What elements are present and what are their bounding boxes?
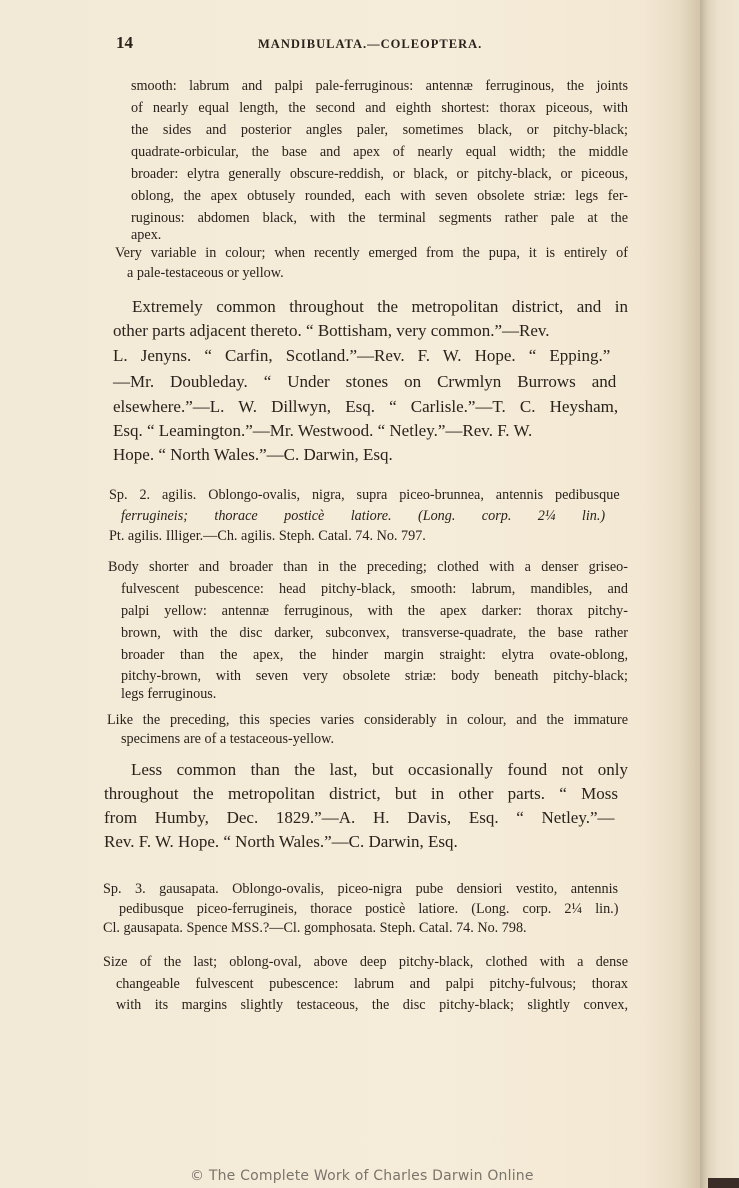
text-line: from Humby, Dec. 1829.”—A. H. Davis, Esq… xyxy=(104,808,615,828)
text-line: a pale-testaceous or yellow. xyxy=(127,265,284,282)
text-line: Hope. “ North Wales.”—C. Darwin, Esq. xyxy=(113,445,393,465)
text-line: Pt. agilis. Illiger.—Ch. agilis. Steph. … xyxy=(109,528,426,545)
text-line: Sp. 2. agilis. Oblongo-ovalis, nigra, su… xyxy=(109,487,620,504)
text-line: elsewhere.”—L. W. Dillwyn, Esq. “ Carlis… xyxy=(113,397,618,417)
text-line: quadrate-orbicular, the base and apex of… xyxy=(131,144,628,161)
text-line: Extremely common throughout the metropol… xyxy=(132,297,628,317)
text-line: palpi yellow: antennæ ferruginous, with … xyxy=(121,603,628,620)
text-line: fulvescent pubescence: head pitchy-black… xyxy=(121,581,628,598)
text-line: ruginous: abdomen black, with the termin… xyxy=(131,210,628,227)
text-line: changeable fulvescent pubescence: labrum… xyxy=(116,976,628,993)
text-line: Esq. “ Leamington.”—Mr. Westwood. “ Netl… xyxy=(113,421,532,441)
copyright-credit: © The Complete Work of Charles Darwin On… xyxy=(190,1168,534,1184)
text-line: —Mr. Doubleday. “ Under stones on Crwmly… xyxy=(113,372,616,392)
text-line: Like the preceding, this species varies … xyxy=(107,712,628,729)
text-line: ferrugineis; thorace posticè latiore. (L… xyxy=(121,508,605,525)
text-line: Body shorter and broader than in the pre… xyxy=(108,559,628,576)
page-header: 14 MANDIBULATA.—COLEOPTERA. xyxy=(116,33,628,55)
text-line: Less common than the last, but occasiona… xyxy=(131,760,628,780)
text-line: the sides and posterior angles paler, so… xyxy=(131,122,628,139)
text-line: apex. xyxy=(131,227,161,244)
text-line: smooth: labrum and palpi pale-ferruginou… xyxy=(131,78,628,95)
running-head: MANDIBULATA.—COLEOPTERA. xyxy=(258,37,482,52)
text-line: pitchy-brown, with seven very obsolete s… xyxy=(121,668,628,685)
page-number: 14 xyxy=(116,33,133,53)
text-line: oblong, the apex obtusely rounded, each … xyxy=(131,188,628,205)
text-line: Cl. gausapata. Spence MSS.?—Cl. gomphosa… xyxy=(103,920,527,937)
text-line: Very variable in colour; when recently e… xyxy=(115,245,628,262)
text-line: broader than the apex, the hinder margin… xyxy=(121,647,628,664)
text-line: with its margins slightly testaceous, th… xyxy=(116,997,628,1014)
binding-edge xyxy=(708,1178,739,1188)
text-line: Size of the last; oblong-oval, above dee… xyxy=(103,954,628,971)
text-line: brown, with the disc darker, subconvex, … xyxy=(121,625,628,642)
text-line: Rev. F. W. Hope. “ North Wales.”—C. Darw… xyxy=(104,832,458,852)
text-line: L. Jenyns. “ Carfin, Scotland.”—Rev. F. … xyxy=(113,346,610,366)
text-line: specimens are of a testaceous-yellow. xyxy=(121,731,334,748)
book-gutter xyxy=(700,0,739,1188)
text-line: legs ferruginous. xyxy=(121,686,216,703)
text-line: other parts adjacent thereto. “ Bottisha… xyxy=(113,321,550,341)
text-line: of nearly equal length, the second and e… xyxy=(131,100,628,117)
text-line: broader: elytra generally obscure-reddis… xyxy=(131,166,628,183)
text-line: throughout the metropolitan district, bu… xyxy=(104,784,618,804)
text-line: pedibusque piceo-ferrugineis, thorace po… xyxy=(119,901,618,918)
text-line: Sp. 3. gausapata. Oblongo-ovalis, piceo-… xyxy=(103,881,618,898)
